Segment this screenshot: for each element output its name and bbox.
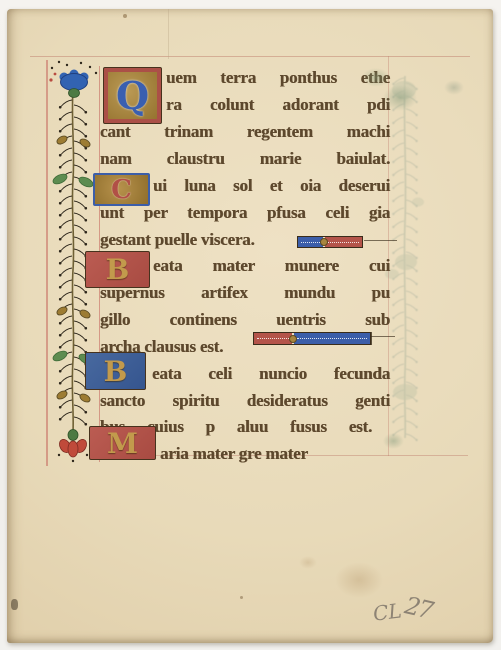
gold-dot bbox=[289, 335, 297, 343]
shelfmark-number: 27 bbox=[402, 591, 434, 624]
shelfmark-cl: CL bbox=[372, 598, 403, 625]
border-stem bbox=[72, 90, 73, 432]
text-line-2: ra colunt adorant pdi bbox=[166, 91, 390, 118]
edge-speck bbox=[11, 599, 18, 610]
text-line-10: gillo continens uentris sub bbox=[100, 306, 390, 333]
blue-flower bbox=[49, 61, 97, 98]
text-line-7: gestant puelle viscera. bbox=[100, 226, 255, 253]
line-filler-1 bbox=[297, 236, 363, 248]
initial-M: M bbox=[89, 426, 156, 460]
photograph-background: uem terra ponthus ethe ra colunt adorant… bbox=[0, 0, 501, 650]
text-line-15: aria mater gre mater bbox=[160, 440, 308, 467]
pen-extension-line-1 bbox=[364, 240, 397, 241]
initial-C: C bbox=[93, 173, 150, 206]
pen-extension-line-2 bbox=[371, 336, 395, 337]
pen-tick bbox=[371, 332, 372, 345]
text-line-12: eata celi nuncio fecunda bbox=[152, 360, 390, 387]
initial-Q: Q bbox=[103, 67, 162, 124]
parchment-crease bbox=[168, 9, 169, 59]
text-line-8: eata mater munere cui bbox=[153, 252, 390, 279]
initial-B1: B bbox=[85, 251, 150, 288]
brown-stain bbox=[335, 562, 383, 598]
text-line-4: nam claustru marie baiulat. bbox=[100, 145, 390, 172]
line-filler-2 bbox=[253, 332, 371, 345]
speck bbox=[123, 14, 127, 18]
text-line-1: uem terra ponthus ethe bbox=[166, 64, 390, 91]
ruling-line-top bbox=[30, 56, 470, 57]
gold-dot bbox=[320, 238, 328, 246]
red-flower bbox=[57, 430, 89, 463]
initial-B2: B bbox=[85, 352, 146, 390]
speck bbox=[240, 596, 243, 599]
manuscript-leaf: uem terra ponthus ethe ra colunt adorant… bbox=[7, 9, 493, 643]
text-line-5: ui luna sol et oia deserui bbox=[153, 172, 390, 199]
green-stain bbox=[444, 80, 464, 95]
text-line-13: sancto spiritu desideratus genti bbox=[100, 387, 390, 414]
brown-stain bbox=[299, 556, 317, 569]
